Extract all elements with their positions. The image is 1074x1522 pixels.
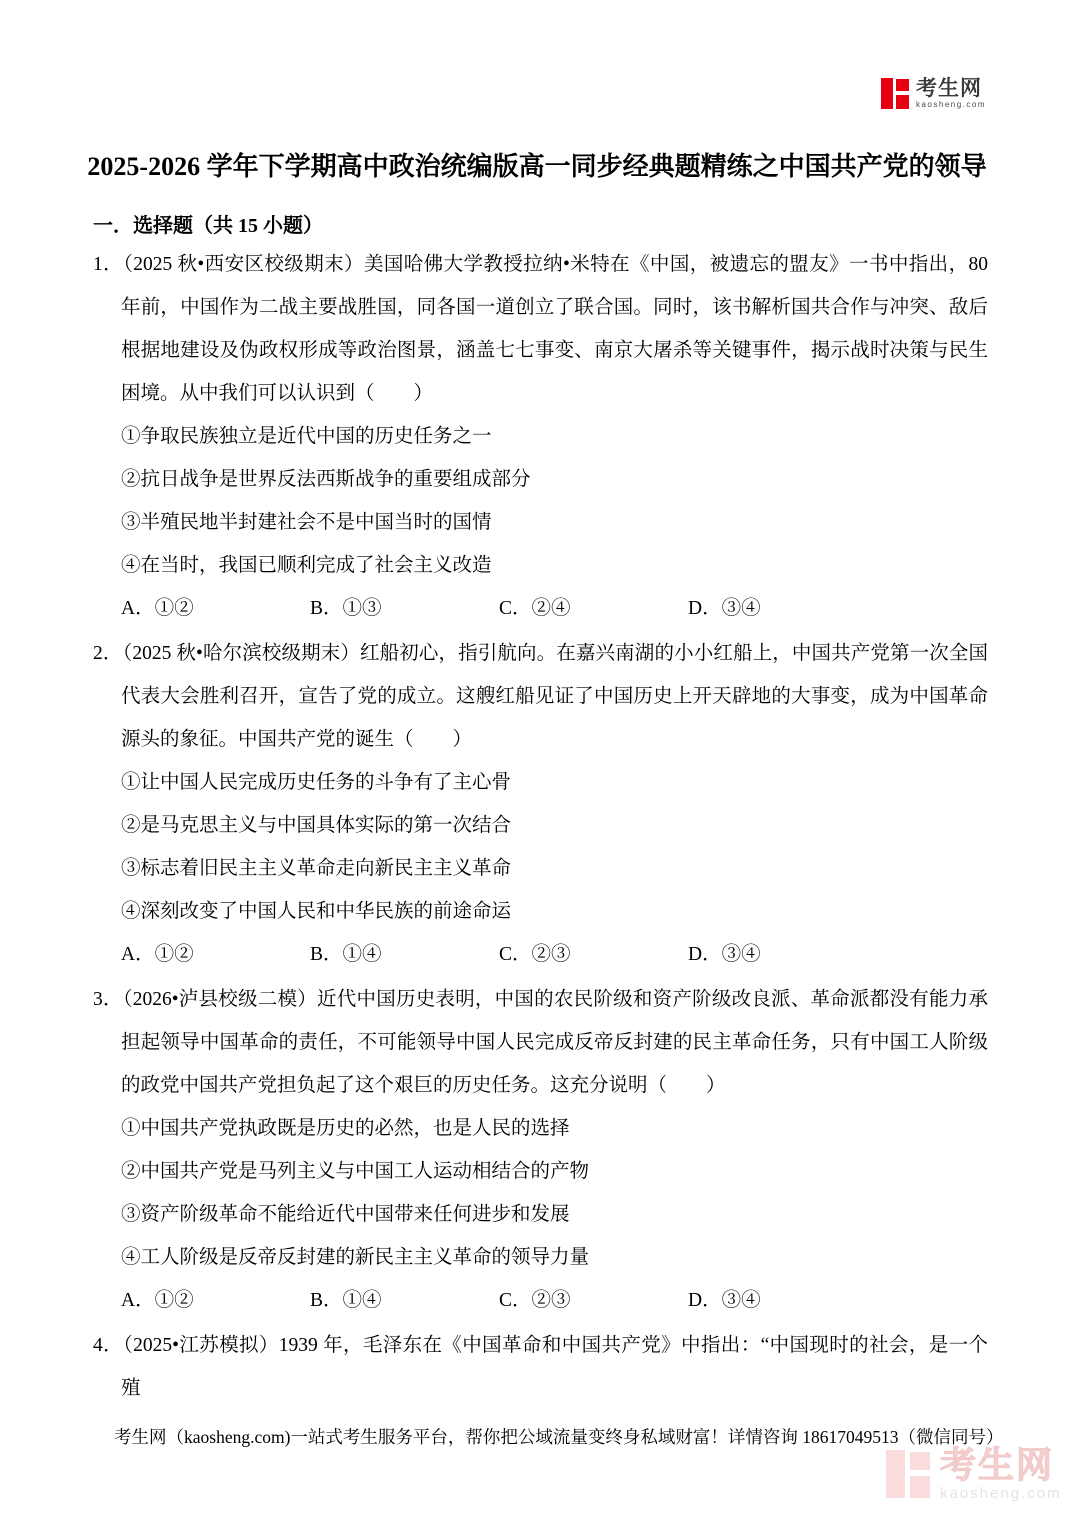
option-c: C．②④ [499, 587, 688, 630]
option-c: C．②③ [499, 933, 688, 976]
option-a: A．①② [121, 587, 310, 630]
question-item: ②中国共产党是马列主义与中国工人运动相结合的产物 [93, 1150, 988, 1193]
option-row: A．①② B．①④ C．②③ D．③④ [93, 933, 988, 976]
logo-domain: kaosheng.com [916, 101, 986, 109]
question-item: ③标志着旧民主主义革命走向新民主主义革命 [93, 847, 988, 890]
kaosheng-watermark-icon [886, 1450, 933, 1498]
question-stem: 4．（2025•江苏模拟）1939 年，毛泽东在《中国革命和中国共产党》中指出：… [93, 1324, 988, 1410]
option-d: D．③④ [688, 587, 761, 630]
option-a: A．①② [121, 933, 310, 976]
question-stem: 1．（2025 秋•西安区校级期末）美国哈佛大学教授拉纳•米特在《中国，被遗忘的… [93, 243, 988, 415]
option-b: B．①④ [310, 933, 499, 976]
option-b: B．①④ [310, 1279, 499, 1322]
option-c: C．②③ [499, 1279, 688, 1322]
question-item: ④在当时，我国已顺利完成了社会主义改造 [93, 544, 988, 587]
logo-brand-name: 考生网 [916, 78, 986, 99]
question-item: ③半殖民地半封建社会不是中国当时的国情 [93, 501, 988, 544]
question-item: ④深刻改变了中国人民和中华民族的前途命运 [93, 890, 988, 933]
question-item: ①让中国人民完成历史任务的斗争有了主心骨 [93, 761, 988, 804]
question-item: ②是马克思主义与中国具体实际的第一次结合 [93, 804, 988, 847]
question-2: 2．（2025 秋•哈尔滨校级期末）红船初心，指引航向。在嘉兴南湖的小小红船上，… [93, 632, 988, 976]
question-stem: 2．（2025 秋•哈尔滨校级期末）红船初心，指引航向。在嘉兴南湖的小小红船上，… [93, 632, 988, 761]
option-b: B．①③ [310, 587, 499, 630]
option-d: D．③④ [688, 933, 761, 976]
option-row: A．①② B．①③ C．②④ D．③④ [93, 587, 988, 630]
question-3: 3．（2026•泸县校级二模）近代中国历史表明，中国的农民阶级和资产阶级改良派、… [93, 978, 988, 1322]
watermark-brand-name: 考生网 [940, 1447, 1062, 1483]
kaosheng-watermark: 考生网 kaosheng.com [886, 1447, 1062, 1501]
question-item: ①中国共产党执政既是历史的必然，也是人民的选择 [93, 1107, 988, 1150]
question-item: ④工人阶级是反帝反封建的新民主主义革命的领导力量 [93, 1236, 988, 1279]
option-d: D．③④ [688, 1279, 761, 1322]
kaosheng-logo-icon [881, 78, 911, 109]
question-4: 4．（2025•江苏模拟）1939 年，毛泽东在《中国革命和中国共产党》中指出：… [93, 1324, 988, 1410]
option-a: A．①② [121, 1279, 310, 1322]
option-row: A．①② B．①④ C．②③ D．③④ [93, 1279, 988, 1322]
question-list: 1．（2025 秋•西安区校级期末）美国哈佛大学教授拉纳•米特在《中国，被遗忘的… [93, 243, 988, 1410]
question-1: 1．（2025 秋•西安区校级期末）美国哈佛大学教授拉纳•米特在《中国，被遗忘的… [93, 243, 988, 630]
question-item: ③资产阶级革命不能给近代中国带来任何进步和发展 [93, 1193, 988, 1236]
kaosheng-logo: 考生网 kaosheng.com [881, 78, 986, 109]
page-title: 2025-2026 学年下学期高中政治统编版高一同步经典题精练之中国共产党的领导 [79, 138, 995, 195]
watermark-domain: kaosheng.com [940, 1486, 1062, 1501]
question-item: ①争取民族独立是近代中国的历史任务之一 [93, 415, 988, 458]
footer-text: 考生网（kaosheng.com)一站式考生服务平台，帮你把公域流量变终身私域财… [114, 1424, 1004, 1449]
section-heading: 一．选择题（共 15 小题） [93, 209, 1074, 238]
question-item: ②抗日战争是世界反法西斯战争的重要组成部分 [93, 458, 988, 501]
question-stem: 3．（2026•泸县校级二模）近代中国历史表明，中国的农民阶级和资产阶级改良派、… [93, 978, 988, 1107]
